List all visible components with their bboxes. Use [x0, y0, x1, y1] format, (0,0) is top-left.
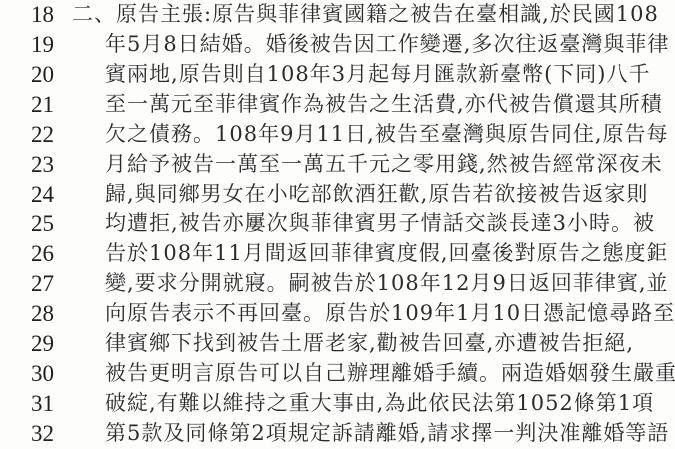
line-text: 二、原告主張:原告與菲律賓國籍之被告在臺相識,於民國108 [72, 0, 659, 30]
document-line: 19年5月8日結婚。婚後被告因工作變遷,多次往返臺灣與菲律 [0, 30, 675, 60]
line-text: 破綻,有難以維持之重大事由,為此依民法第1052條第1項 [72, 389, 654, 419]
document-line: 25均遭拒,被告亦屢次與菲律賓男子情話交談長達3小時。被 [0, 209, 675, 239]
document-page: 18二、原告主張:原告與菲律賓國籍之被告在臺相識,於民國10819年5月8日結婚… [0, 0, 675, 449]
line-number: 23 [31, 150, 71, 180]
line-text: 月給予被告一萬至一萬五千元之零用錢,然被告經常深夜未 [72, 150, 663, 180]
document-line: 24歸,與同鄉男女在小吃部飲酒狂歡,原告若欲接被告返家則 [0, 180, 675, 210]
line-text: 年5月8日結婚。婚後被告因工作變遷,多次往返臺灣與菲律 [72, 30, 669, 60]
line-number: 21 [31, 90, 71, 120]
document-line: 29律賓鄉下找到被告土厝老家,勸被告回臺,亦遭被告拒絕, [0, 329, 675, 359]
document-lines-container: 18二、原告主張:原告與菲律賓國籍之被告在臺相識,於民國10819年5月8日結婚… [0, 0, 675, 449]
line-number: 27 [31, 269, 71, 299]
line-text: 被告更明言原告可以自己辦理離婚手續。兩造婚姻發生嚴重 [72, 359, 675, 389]
line-number: 29 [31, 329, 71, 359]
line-text: 第5款及同條第2項規定訴請離婚,請求擇一判決准離婚等語 [72, 419, 669, 449]
line-number: 25 [31, 209, 71, 239]
line-number: 31 [31, 389, 71, 419]
line-text: 告於108年11月間返回菲律賓度假,回臺後對原告之態度鉅 [72, 239, 668, 269]
document-line: 18二、原告主張:原告與菲律賓國籍之被告在臺相識,於民國108 [0, 0, 675, 30]
line-text: 至一萬元至菲律賓作為被告之生活費,亦代被告償還其所積 [72, 90, 663, 120]
line-number: 18 [31, 0, 71, 30]
document-line: 26告於108年11月間返回菲律賓度假,回臺後對原告之態度鉅 [0, 239, 675, 269]
line-number: 30 [31, 359, 71, 389]
line-text: 向原告表示不再回臺。原告於109年1月10日憑記憶尋路至菲 [72, 299, 675, 329]
line-text: 變,要求分開就寢。嗣被告於108年12月9日返回菲律賓,並 [72, 269, 669, 299]
document-line: 31破綻,有難以維持之重大事由,為此依民法第1052條第1項 [0, 389, 675, 419]
line-text: 欠之債務。108年9月11日,被告至臺灣與原告同住,原告每 [72, 120, 669, 150]
document-line: 22欠之債務。108年9月11日,被告至臺灣與原告同住,原告每 [0, 120, 675, 150]
line-text: 均遭拒,被告亦屢次與菲律賓男子情話交談長達3小時。被 [72, 209, 655, 239]
document-line: 30被告更明言原告可以自己辦理離婚手續。兩造婚姻發生嚴重 [0, 359, 675, 389]
line-number: 22 [31, 120, 71, 150]
line-number: 32 [31, 419, 71, 449]
line-number: 20 [31, 60, 71, 90]
line-text: 律賓鄉下找到被告土厝老家,勸被告回臺,亦遭被告拒絕, [72, 329, 634, 359]
document-line: 23月給予被告一萬至一萬五千元之零用錢,然被告經常深夜未 [0, 150, 675, 180]
line-text: 歸,與同鄉男女在小吃部飲酒狂歡,原告若欲接被告返家則 [72, 180, 648, 210]
document-line: 27變,要求分開就寢。嗣被告於108年12月9日返回菲律賓,並 [0, 269, 675, 299]
document-line: 21至一萬元至菲律賓作為被告之生活費,亦代被告償還其所積 [0, 90, 675, 120]
line-number: 26 [31, 239, 71, 269]
line-number: 24 [31, 180, 71, 210]
document-line: 32第5款及同條第2項規定訴請離婚,請求擇一判決准離婚等語 [0, 419, 675, 449]
line-number: 19 [31, 30, 71, 60]
document-line: 28向原告表示不再回臺。原告於109年1月10日憑記憶尋路至菲 [0, 299, 675, 329]
document-line: 20賓兩地,原告則自108年3月起每月匯款新臺幣(下同)八千 [0, 60, 675, 90]
line-text: 賓兩地,原告則自108年3月起每月匯款新臺幣(下同)八千 [72, 60, 651, 90]
line-number: 28 [31, 299, 71, 329]
